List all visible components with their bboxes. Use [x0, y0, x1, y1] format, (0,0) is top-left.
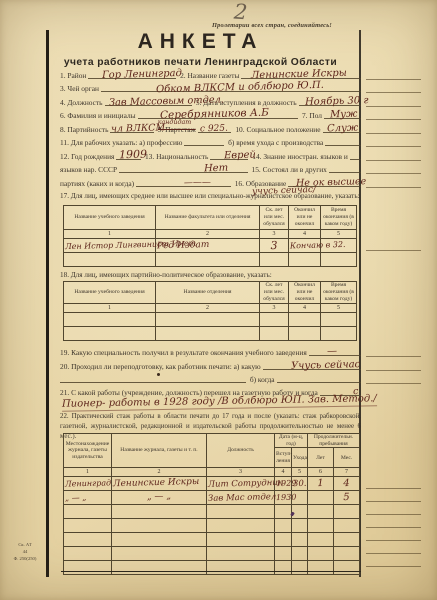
handwritten-value: Муж [330, 109, 358, 121]
table-header-cell: Должность [207, 434, 275, 468]
handwritten-value: Ноябрь 30 г [305, 95, 369, 108]
table-header-cell: Окончил или не окончил [289, 206, 321, 230]
table-cell [112, 561, 207, 575]
table-cell [207, 533, 275, 547]
table-cell [275, 533, 292, 547]
table-number-cell: 2 [156, 230, 260, 239]
table-number-cell: 1 [64, 230, 156, 239]
section-heading: 17. Для лиц, имеющих среднее или высшее … [60, 191, 361, 201]
handwritten-value: Кончаю в 32. [290, 241, 319, 250]
handwritten-value: с 925. [200, 124, 228, 135]
table-cell [275, 561, 292, 575]
table-cell [308, 561, 334, 575]
field-label: языков нар. СССР [60, 166, 119, 173]
fill-line [277, 371, 361, 383]
fill-line [184, 134, 224, 146]
fill-line: с 925. [198, 121, 232, 133]
table-header-cell: Ск. лет или мес. обучался [260, 282, 289, 304]
table-cell: 1930 [275, 491, 292, 505]
handwritten-value: 30. [293, 479, 306, 488]
table-cell: 4 [334, 477, 360, 491]
field-label: 15. Состоял ли в других [248, 166, 329, 173]
table-cell: 5 [334, 491, 360, 505]
fill-line: Ноябрь 30 г [299, 94, 361, 106]
fill-line: — [309, 344, 361, 356]
handwritten-value: 4 [335, 479, 358, 490]
table-cell: Ленинград [64, 477, 112, 491]
field-label: 12. Год рождения [60, 153, 116, 160]
fill-line [350, 148, 361, 160]
table-cell [308, 505, 334, 519]
education-table: Название учебного заведения Название фак… [63, 205, 357, 267]
table-cell [112, 547, 207, 561]
table-cell [112, 519, 207, 533]
fill-line: ——— [136, 175, 231, 187]
table-cell [112, 533, 207, 547]
table-cell [292, 561, 308, 575]
table-cell: Кончаю в 32. [289, 239, 321, 253]
handwritten-value: „ — „ [65, 493, 110, 502]
fill-line: Учусь сейчас [263, 358, 361, 370]
table-cell [289, 313, 321, 327]
table-header-cell: Название журнала, газеты и т. п. [112, 434, 207, 468]
handwritten-value: Нет [204, 163, 228, 175]
handwritten-value: „ — „ [113, 492, 205, 503]
table-cell [207, 519, 275, 533]
anketa-scanned-form: 2 Пролетарии всех стран, соединяйтесь! А… [0, 0, 437, 600]
table-cell [156, 313, 260, 327]
handwritten-annotation: кандидат [158, 120, 191, 126]
handwritten-value: 5 [335, 493, 358, 504]
table-cell [275, 519, 292, 533]
table-number-cell: 5 [321, 230, 357, 239]
fill-line: Еврей [210, 148, 248, 160]
field-label: 11. Для рабочих указать: а) профессию [60, 139, 184, 146]
field-label: 3. Чей орган [60, 85, 101, 92]
table-cell [64, 505, 112, 519]
table-cell [156, 253, 260, 267]
fill-line: Зав Массовым отдел. [105, 94, 192, 106]
table-header-cell: Окончил или не окончил [289, 282, 321, 304]
table-cell [334, 561, 360, 575]
table-header-cell: Ск. лет или мес. обучался [260, 206, 289, 230]
table-cell: Ред Издат [156, 239, 260, 253]
field-label: 6. Фамилия и инициалы [60, 112, 138, 119]
field-label: 9. Партстаж [158, 125, 196, 134]
table-number-cell: 5 [292, 468, 308, 477]
field-label: 7. Пол [298, 112, 324, 119]
table-cell [207, 505, 275, 519]
printer-mark: Ск. АТ 44 Ф. 250(250) [5, 542, 45, 563]
table-header-cell: Дата (м-ц, год) [275, 434, 308, 448]
handwritten-value: 1 [309, 479, 332, 490]
table-cell [260, 253, 289, 267]
field-row: 12. Год рождения 1909 13. Национальность… [60, 148, 361, 160]
field-row: 11. Для рабочих указать: а) профессию б)… [60, 134, 361, 146]
table-cell [321, 253, 357, 267]
handwritten-value: Ред Издат [157, 240, 258, 252]
fill-line: чл ВЛКСМ [110, 121, 153, 133]
table-cell [64, 547, 112, 561]
handwritten-value: ——— [184, 178, 211, 189]
table-cell [308, 533, 334, 547]
field-row: языков нар. СССР Нет 15. Состоял ли в др… [60, 161, 361, 173]
field-label: 13. Национальность [141, 153, 210, 160]
table-cell [260, 313, 289, 327]
table-header-cell: Название отделения [156, 282, 260, 304]
work-history-table: Местонахождение журнала, газеты издатель… [63, 433, 360, 575]
fill-line [325, 134, 361, 146]
table-cell [292, 519, 308, 533]
field-row: 4. Должность Зав Массовым отдел. 5. Дата… [60, 94, 361, 106]
table-cell [207, 547, 275, 561]
table-header-cell: Местонахождение журнала, газеты издатель… [64, 434, 112, 468]
fill-line: Обком ВЛКСМ и облбюро Ю.П. [101, 80, 361, 92]
table-cell [292, 547, 308, 561]
table-number-cell: 2 [112, 468, 207, 477]
field-row: 6. Фамилия и инициалы Серебрянников А.Б … [60, 107, 361, 119]
form-title: АНКЕТА [60, 30, 341, 54]
handwritten-value: 3 [261, 240, 287, 252]
handwritten-value: Учусь сейчас [291, 359, 360, 372]
table-cell [112, 505, 207, 519]
table-cell: 1929 [275, 477, 292, 491]
table-cell [207, 561, 275, 575]
table-header-cell: Мес. [334, 448, 360, 468]
table-cell [64, 533, 112, 547]
field-row: б) когда [60, 371, 361, 383]
table-cell [334, 533, 360, 547]
handwritten-value: Ленинские Искры [113, 478, 205, 489]
field-label: 4. Должность [60, 99, 105, 106]
table-cell [275, 547, 292, 561]
fill-line [60, 371, 246, 383]
printer-mark-line: Ск. АТ [5, 542, 45, 549]
table-cell [64, 253, 156, 267]
table-number-cell: 2 [156, 304, 260, 313]
table-number-cell: 4 [289, 304, 321, 313]
fill-line [329, 161, 361, 173]
handwritten-value: 1929 [276, 480, 290, 488]
table-header-cell: Лет [308, 448, 334, 468]
table-cell: „ — „ [64, 491, 112, 505]
table-cell [321, 313, 357, 327]
table-cell [156, 327, 260, 341]
field-label: 20. Проходил ли переподготовку, как рабо… [60, 363, 263, 370]
fill-line: 1909 [116, 148, 141, 160]
fill-line: Муж [324, 107, 361, 119]
table-cell [308, 491, 334, 505]
table-header-cell: Время окончания (в каком году) [321, 282, 357, 304]
table-cell [334, 519, 360, 533]
table-number-cell: 3 [207, 468, 275, 477]
ink-dot [157, 373, 160, 376]
table-header-cell: Название учебного заведения [64, 206, 156, 230]
table-cell [321, 327, 357, 341]
field-row: 19. Какую специальность получил в резуль… [60, 344, 361, 356]
table-number-cell: 7 [334, 468, 360, 477]
section-heading: 18. Для лиц, имеющих партийно-политическ… [60, 270, 361, 280]
field-label: 2. Название газеты [176, 72, 241, 79]
field-label: б) время ухода с производства [224, 139, 325, 146]
handwritten-value: Зав Мас отдел [208, 493, 273, 503]
handwritten-value: Еврей [224, 150, 256, 162]
handwritten-value: Лен Истор Лингвинист Инст [65, 240, 154, 250]
table-cell [64, 313, 156, 327]
table-cell [64, 327, 156, 341]
table-bottom-rule [61, 571, 361, 572]
handwritten-value: Служ [326, 123, 357, 135]
table-number-cell: 5 [321, 304, 357, 313]
field-label: б) когда [246, 376, 277, 383]
table-cell [289, 253, 321, 267]
table-number-cell: 1 [64, 304, 156, 313]
table-header-cell: Название факультета или отделения [156, 206, 260, 230]
table-cell [292, 533, 308, 547]
left-border-line [46, 30, 49, 577]
table-cell: 3 [260, 239, 289, 253]
table-cell [334, 505, 360, 519]
table-cell: Ленинские Искры [112, 477, 207, 491]
table-number-cell: 1 [64, 468, 112, 477]
handwritten-value: Ленинград [65, 479, 110, 488]
table-header-cell: Вступ- ления [275, 448, 292, 468]
handwritten-value: 1909 [119, 148, 147, 162]
field-row: 8. Партийность чл ВЛКСМ 9. Партстажканди… [60, 121, 361, 133]
table-cell [275, 505, 292, 519]
handwritten-value: Лит Сотрудник [208, 479, 273, 489]
printer-mark-line: Ф. 250(250) [5, 556, 45, 563]
field-label: 10. Социальное положение [231, 126, 322, 133]
table-header-cell: Продолжительн. пребывания [308, 434, 360, 448]
handwritten-value: Обком ВЛКСМ и облбюро Ю.П. [156, 80, 324, 95]
field-row: 3. Чей орган Обком ВЛКСМ и облбюро Ю.П. [60, 80, 361, 92]
table-cell: 1 [308, 477, 334, 491]
table-cell [260, 327, 289, 341]
party-education-table: Название учебного заведения Название отд… [63, 281, 357, 341]
fill-line: Серебрянников А.Б [138, 107, 298, 119]
table-cell [64, 519, 112, 533]
table-cell: „ — „ [112, 491, 207, 505]
field-label: 14. Знание иностран. языков и [248, 153, 350, 160]
fill-line: Гор Ленинград [88, 67, 176, 79]
slogan: Пролетарии всех стран, соединяйтесь! [60, 22, 332, 29]
table-cell [289, 327, 321, 341]
table-cell: 30. [292, 477, 308, 491]
table-cell [308, 547, 334, 561]
field-label-struck: 9. Партстажкандидат [154, 126, 198, 133]
table-number-cell: 3 [260, 304, 289, 313]
table-number-cell: 4 [289, 230, 321, 239]
field-label: партиях (каких и когда) [60, 180, 136, 187]
printer-mark-line: 44 [5, 549, 45, 556]
table-number-cell: 3 [260, 230, 289, 239]
table-number-cell: 4 [275, 468, 292, 477]
field-label: 1. Район [60, 72, 88, 79]
field-row: 20. Проходил ли переподготовку, как рабо… [60, 358, 361, 370]
table-number-cell: 6 [308, 468, 334, 477]
handwritten-value: 1930 [276, 494, 290, 502]
field-row: 1. Район Гор Ленинград 2. Название газет… [60, 67, 361, 79]
page-number: 2 [233, 0, 248, 24]
table-cell: Зав Мас отдел [207, 491, 275, 505]
table-cell: Лит Сотрудник [207, 477, 275, 491]
handwritten-value: — [327, 346, 337, 357]
fill-line: Нет [119, 161, 247, 173]
table-header-cell: Ухода [292, 448, 308, 468]
table-cell [334, 547, 360, 561]
table-cell [64, 561, 112, 575]
table-header-cell: Название учебного заведения [64, 282, 156, 304]
fill-line: Ленинские Искры [241, 67, 361, 79]
field-label: 19. Какую специальность получил в резуль… [60, 349, 309, 356]
table-cell [308, 519, 334, 533]
field-label: 8. Партийность [60, 126, 110, 133]
table-cell: Лен Истор Лингвинист Инст [64, 239, 156, 253]
fill-line: Служ [323, 121, 361, 133]
table-header-cell: Время окончания (в каком году) [321, 206, 357, 230]
